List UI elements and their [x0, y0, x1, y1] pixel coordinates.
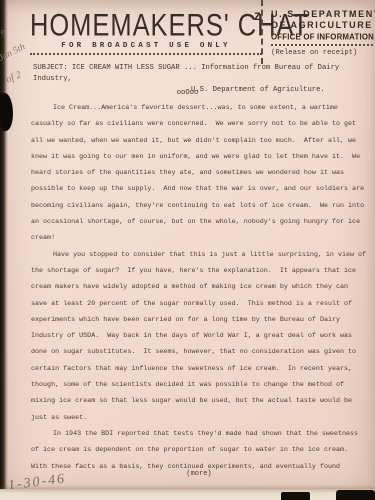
dashed-divider	[261, 0, 263, 64]
publication-title: HOMEMAKERS' CHAT	[30, 6, 257, 44]
paragraph-2: Have you stopped to consider that this i…	[31, 247, 367, 426]
agency-block: U. S. DEPARTMENT OF AGRICULTURE OFFICE O…	[271, 9, 373, 57]
masthead: HOMEMAKERS' CHAT FOR BROADCAST USE ONLY	[30, 6, 262, 55]
paragraph-1: Ice Cream...America's favorite dessert..…	[31, 100, 367, 247]
dotted-rule-left	[30, 53, 262, 55]
paragraph-3: In 1943 the BDI reported that tests they…	[31, 426, 367, 475]
scan-mark-left	[281, 492, 310, 500]
scanned-document-page: HOMEMAKERS' CHAT FOR BROADCAST USE ONLY …	[0, 0, 375, 500]
scan-bottom-edge	[0, 489, 375, 500]
continuation-marker: (more)	[31, 470, 367, 478]
release-note: (Release on receipt)	[271, 49, 373, 57]
dotted-rule-right	[271, 44, 373, 46]
subject-line-1: SUBJECT: ICE CREAM WITH LESS SUGAR ... I…	[33, 63, 371, 85]
agency-line-1: U. S. DEPARTMENT	[271, 9, 373, 20]
document-body: Ice Cream...America's favorite dessert..…	[31, 100, 367, 475]
scan-ink-blot	[0, 93, 13, 131]
agency-line-3: OFFICE OF INFORMATION	[271, 31, 369, 43]
scan-mark-right	[336, 490, 375, 500]
divider-z-mark: Z	[254, 12, 261, 24]
section-separator: ooOoo	[0, 89, 375, 97]
agency-line-2: OF AGRICULTURE	[271, 20, 373, 31]
